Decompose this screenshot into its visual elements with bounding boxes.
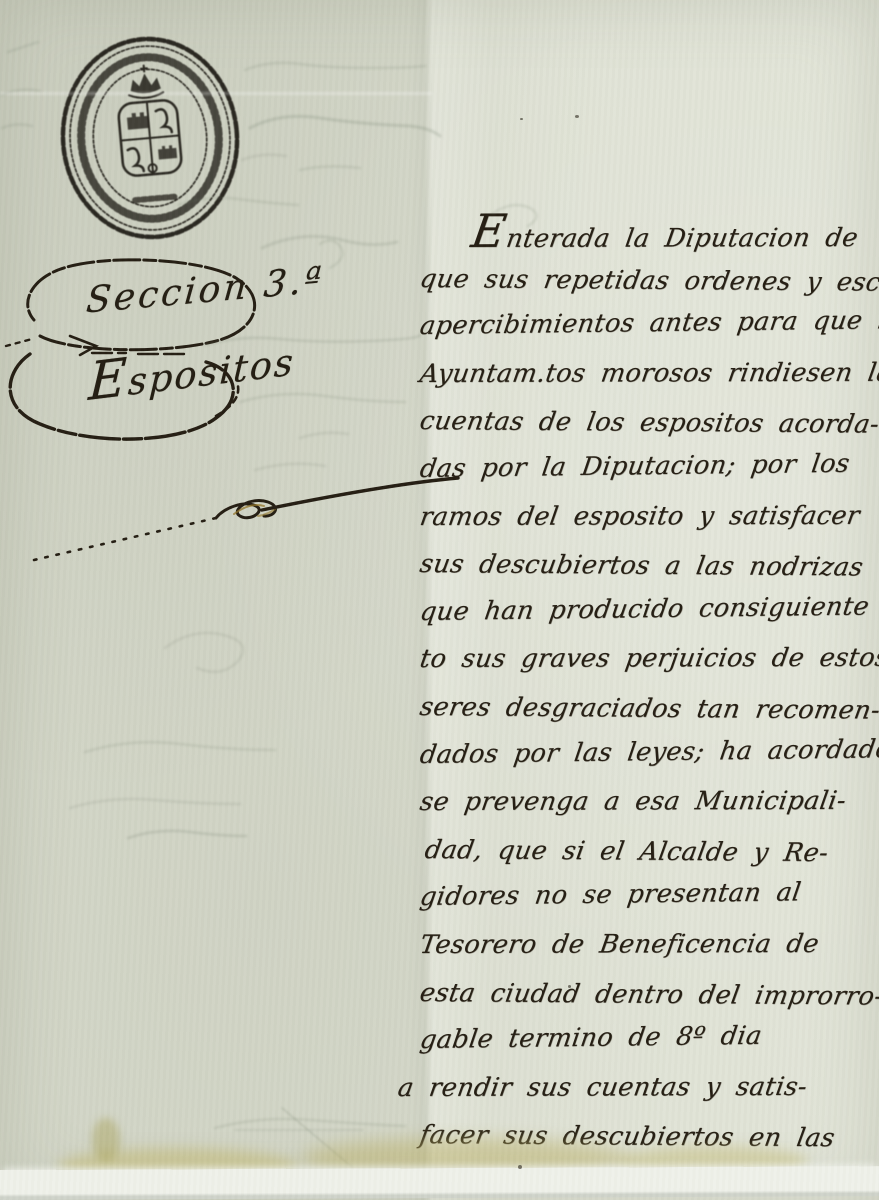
scan-bottom-edge [0,1166,879,1200]
verso-show-through [0,0,879,1200]
ink-speck [520,118,523,120]
ink-speck [568,985,571,988]
ink-speck [518,1165,522,1169]
ink-speck [575,115,579,118]
manuscript-page: Seccion 3.ª Espositos Enterada la Diputa… [0,0,879,1200]
fold-crease [0,92,432,95]
